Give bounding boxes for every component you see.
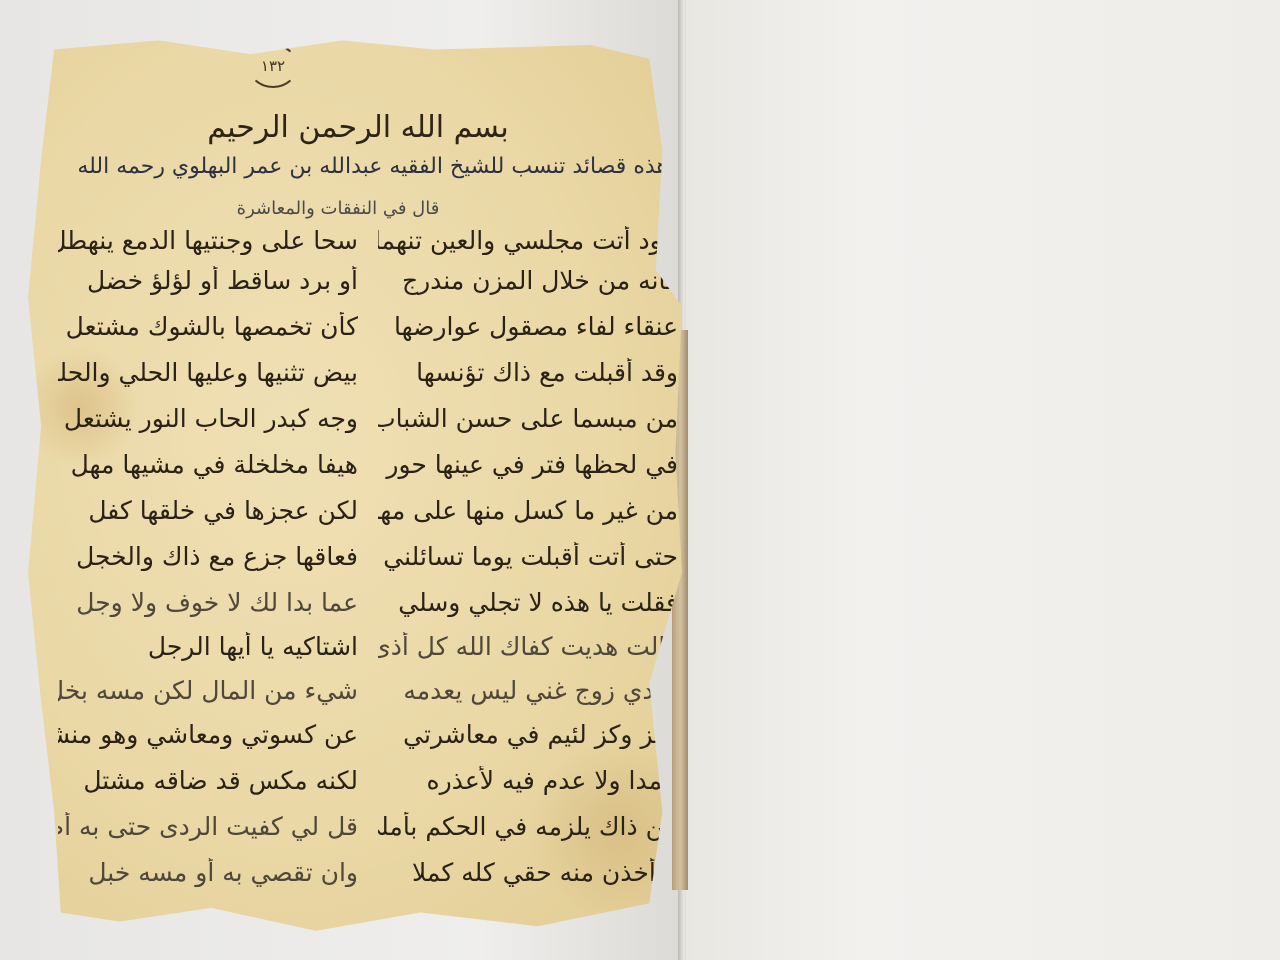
verse-row: عندي زوج غني ليس يعدمه شيء من المال لكن … [58,676,678,716]
hemistich-left: هيفا مخلخلة في مشيها مهل [58,450,358,479]
verse-row: خود أتت مجلسي والعين تنهمل سحا على وجنتي… [58,226,678,266]
hemistich-right: من مبسما على حسن الشباب لها [378,404,678,433]
manuscript-leaf: ١٣٢ بسم الله الرحمن الرحيم هذه قصائد تنس… [28,22,682,940]
hemistich-right: كأنه من خلال المزن مندرج [378,266,678,295]
hemistich-left: عن كسوتي ومعاشي وهو منشغل [58,720,358,749]
hemistich-left: عما بدا لك لا خوف ولا وجل [58,588,358,617]
hemistich-right: في لحظها فتر في عينها حور [378,450,678,479]
hemistich-right: عمدا ولا عدم فيه لأعذره [378,766,678,795]
hemistich-left: شيء من المال لكن مسه بخل [58,676,358,705]
verse-row: عمدا ولا عدم فيه لأعذره لكنه مكس قد ضاقه… [58,766,678,806]
verse-row: وقد أقبلت مع ذاك تؤنسها بيض تثنيها وعليه… [58,358,678,398]
hemistich-right: وقد أقبلت مع ذاك تؤنسها [378,358,678,387]
verse-row: فقلت يا هذه لا تجلي وسلي عما بدا لك لا خ… [58,588,678,628]
hemistich-left: لكنه مكس قد ضاقه مشتل [58,766,358,795]
hemistich-left: أو برد ساقط أو لؤلؤ خضل [58,266,358,295]
verse-row: عنقاء لفاء مصقول عوارضها كأن تخمصها بالش… [58,312,678,352]
verse-row: من مبسما على حسن الشباب لها وجه كبدر الح… [58,404,678,444]
verse-row: لا أخذن منه حقي كله كملا وان تقصي به أو … [58,858,678,898]
hemistich-left: وان تقصي به أو مسه خبل [58,858,358,887]
title-line-2: قال في النفقات والمعاشرة [178,198,498,219]
hemistich-right: لا أخذن منه حقي كله كملا [378,858,678,887]
title-line-1: هذه قصائد تنسب للشيخ الفقيه عبدالله بن ع… [58,154,668,179]
hemistich-left: فعاقها جزع مع ذاك والخجل [58,542,358,571]
verse-row: قالت هديت كفاك الله كل أذى اشتاكيه يا أي… [58,632,678,672]
verse-row: من غير ما كسل منها على مهل لكن عجزها في … [58,496,678,536]
hemistich-left: بيض تثنيها وعليها الحلي والحلل [58,358,358,387]
hemistich-right: من ذاك يلزمه في الحكم بأملي [378,812,678,841]
hemistich-right: حتى أتت أقبلت يوما تسائلني [378,542,678,571]
hemistich-right: من غير ما كسل منها على مهل [378,496,678,525]
verse-row: من ذاك يلزمه في الحكم بأملي قل لي كفيت ا… [58,812,678,852]
verse-row: حتى أتت أقبلت يوما تسائلني فعاقها جزع مع… [58,542,678,582]
hemistich-left: لكن عجزها في خلقها كفل [58,496,358,525]
blank-right-page [686,0,1280,960]
hemistich-left: اشتاكيه يا أيها الرجل [58,632,358,661]
hemistich-right: خود أتت مجلسي والعين تنهمل [378,226,678,255]
hemistich-right: قالت هديت كفاك الله كل أذى [378,632,678,661]
hemistich-left: سحا على وجنتيها الدمع ينهطل [58,226,358,255]
hemistich-right: فقلت يا هذه لا تجلي وسلي [378,588,678,617]
verse-row: لحز وكز لئيم في معاشرتي عن كسوتي ومعاشي … [58,720,678,760]
hemistich-right: عندي زوج غني ليس يعدمه [378,676,678,705]
verse-row: في لحظها فتر في عينها حور هيفا مخلخلة في… [58,450,678,490]
basmala: بسم الله الرحمن الرحيم [128,110,588,145]
hemistich-left: وجه كبدر الحاب النور يشتعل [58,404,358,433]
hemistich-right: لحز وكز لئيم في معاشرتي [378,720,678,749]
verse-row: كأنه من خلال المزن مندرج أو برد ساقط أو … [58,266,678,306]
hemistich-right: عنقاء لفاء مصقول عوارضها [378,312,678,341]
hemistich-left: كأن تخمصها بالشوك مشتعل [58,312,358,341]
hemistich-left: قل لي كفيت الردى حتى به أصل [58,812,358,841]
